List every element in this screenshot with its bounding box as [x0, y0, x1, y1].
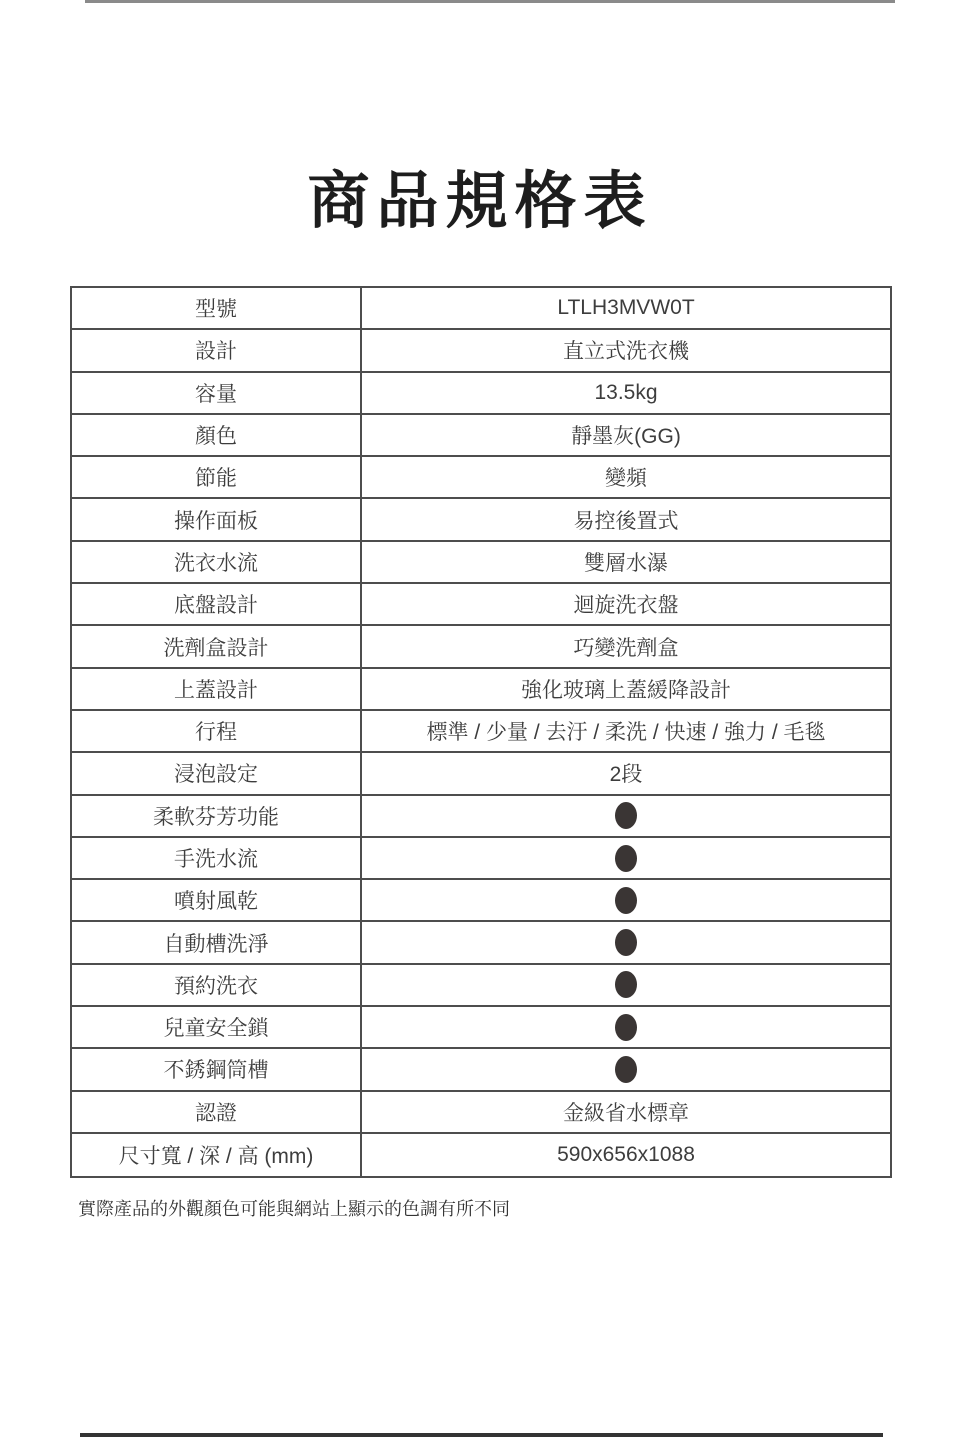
- table-row: 操作面板 易控後置式: [72, 499, 890, 541]
- spec-value: [362, 838, 890, 878]
- spec-value: 2段: [362, 753, 890, 793]
- spec-value: 強化玻璃上蓋緩降設計: [362, 669, 890, 709]
- table-row: 容量 13.5kg: [72, 373, 890, 415]
- spec-label: 柔軟芬芳功能: [72, 796, 362, 836]
- table-row: 型號 LTLH3MVW0T: [72, 288, 890, 330]
- table-row: 手洗水流: [72, 838, 890, 880]
- spec-label: 認證: [72, 1092, 362, 1132]
- table-row: 底盤設計 迴旋洗衣盤: [72, 584, 890, 626]
- spec-value: 金級省水標章: [362, 1092, 890, 1132]
- spec-label: 兒童安全鎖: [72, 1007, 362, 1047]
- spec-value: 變頻: [362, 457, 890, 497]
- spec-value: 雙層水瀑: [362, 542, 890, 582]
- page-title: 商品規格表: [0, 166, 960, 238]
- spec-value: 590x656x1088: [362, 1134, 890, 1176]
- footnote: 實際產品的外觀顏色可能與網站上顯示的色調有所不同: [78, 1197, 510, 1221]
- spec-label: 尺寸寬 / 深 / 高 (mm): [72, 1134, 362, 1176]
- table-row: 噴射風乾: [72, 880, 890, 922]
- spec-label: 底盤設計: [72, 584, 362, 624]
- spec-label: 洗劑盒設計: [72, 626, 362, 666]
- spec-label: 浸泡設定: [72, 753, 362, 793]
- spec-label: 顏色: [72, 415, 362, 455]
- spec-value: 13.5kg: [362, 373, 890, 413]
- table-row: 設計 直立式洗衣機: [72, 330, 890, 372]
- table-row: 上蓋設計 強化玻璃上蓋緩降設計: [72, 669, 890, 711]
- spec-value: 易控後置式: [362, 499, 890, 539]
- table-row: 尺寸寬 / 深 / 高 (mm) 590x656x1088: [72, 1134, 890, 1176]
- spec-label: 手洗水流: [72, 838, 362, 878]
- spec-value: [362, 880, 890, 920]
- spec-label: 不銹鋼筒槽: [72, 1049, 362, 1089]
- spec-label: 洗衣水流: [72, 542, 362, 582]
- table-row: 浸泡設定 2段: [72, 753, 890, 795]
- spec-value: 迴旋洗衣盤: [362, 584, 890, 624]
- spec-label: 上蓋設計: [72, 669, 362, 709]
- spec-label: 噴射風乾: [72, 880, 362, 920]
- spec-value: [362, 1049, 890, 1089]
- spec-label: 操作面板: [72, 499, 362, 539]
- spec-value: 靜墨灰(GG): [362, 415, 890, 455]
- spec-label: 節能: [72, 457, 362, 497]
- spec-value: 巧變洗劑盒: [362, 626, 890, 666]
- feature-dot-icon: [615, 929, 637, 956]
- spec-value: [362, 965, 890, 1005]
- spec-label: 行程: [72, 711, 362, 751]
- feature-dot-icon: [615, 845, 637, 872]
- spec-label: 設計: [72, 330, 362, 370]
- table-row: 洗劑盒設計 巧變洗劑盒: [72, 626, 890, 668]
- table-row: 不銹鋼筒槽: [72, 1049, 890, 1091]
- table-row: 預約洗衣: [72, 965, 890, 1007]
- table-row: 節能 變頻: [72, 457, 890, 499]
- spec-value: [362, 922, 890, 962]
- table-row: 洗衣水流 雙層水瀑: [72, 542, 890, 584]
- feature-dot-icon: [615, 1014, 637, 1041]
- table-row: 顏色 靜墨灰(GG): [72, 415, 890, 457]
- table-row: 柔軟芬芳功能: [72, 796, 890, 838]
- spec-label: 自動槽洗淨: [72, 922, 362, 962]
- table-row: 認證 金級省水標章: [72, 1092, 890, 1134]
- spec-label: 預約洗衣: [72, 965, 362, 1005]
- spec-value: LTLH3MVW0T: [362, 288, 890, 328]
- bottom-divider: [80, 1433, 883, 1437]
- spec-value: [362, 1007, 890, 1047]
- spec-value: [362, 796, 890, 836]
- spec-table: 型號 LTLH3MVW0T 設計 直立式洗衣機 容量 13.5kg 顏色 靜墨灰…: [70, 286, 892, 1178]
- spec-value: 直立式洗衣機: [362, 330, 890, 370]
- feature-dot-icon: [615, 1056, 637, 1083]
- table-row: 兒童安全鎖: [72, 1007, 890, 1049]
- spec-value: 標準 / 少量 / 去汙 / 柔洗 / 快速 / 強力 / 毛毯: [362, 711, 890, 751]
- feature-dot-icon: [615, 887, 637, 914]
- top-divider: [85, 0, 895, 3]
- spec-label: 型號: [72, 288, 362, 328]
- feature-dot-icon: [615, 971, 637, 998]
- table-row: 行程 標準 / 少量 / 去汙 / 柔洗 / 快速 / 強力 / 毛毯: [72, 711, 890, 753]
- spec-label: 容量: [72, 373, 362, 413]
- feature-dot-icon: [615, 802, 637, 829]
- table-row: 自動槽洗淨: [72, 922, 890, 964]
